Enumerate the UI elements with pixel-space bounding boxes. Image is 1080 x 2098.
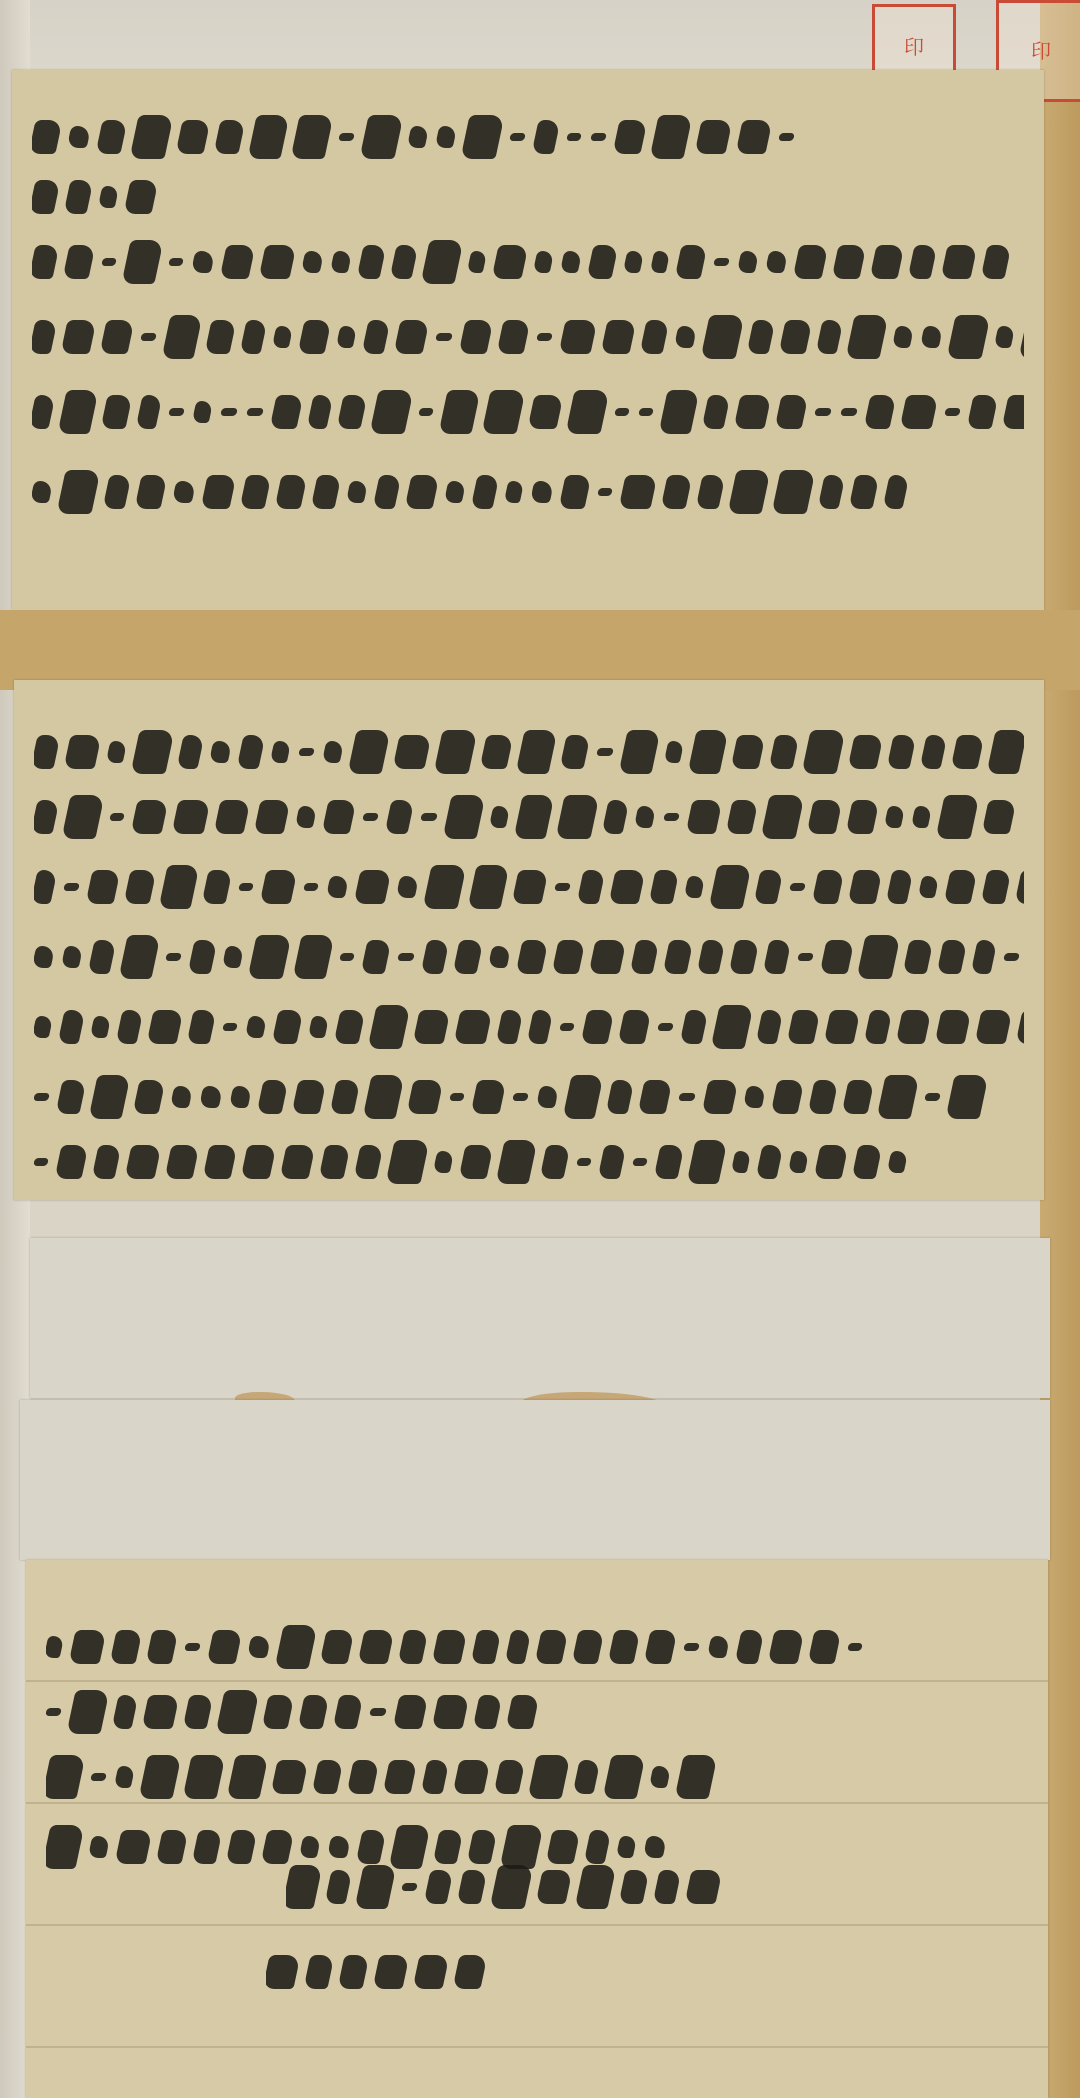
calligraphy-character (321, 800, 356, 834)
calligraphy-character (326, 876, 350, 898)
calligraphy-character (46, 1708, 62, 1716)
calligraphy-character (239, 475, 271, 509)
calligraphy-character (629, 940, 659, 974)
calligraphy-character (679, 1010, 708, 1044)
calligraphy-character (253, 800, 290, 834)
calligraphy-character (362, 1075, 404, 1119)
calligraphy-character (974, 1010, 1012, 1044)
text-line (32, 235, 1024, 289)
calligraphy-character (792, 245, 828, 279)
calligraphy-character (187, 940, 217, 974)
calligraphy-character (513, 795, 554, 839)
seal-glyph: 印 (1031, 40, 1051, 62)
calligraphy-character (608, 870, 645, 904)
calligraphy-character (534, 1630, 568, 1664)
calligraphy-character (34, 1016, 53, 1038)
calligraphy-character (106, 741, 128, 763)
calligraphy-character (762, 940, 791, 974)
calligraphy-character (945, 1075, 988, 1119)
text-line (34, 790, 1024, 844)
calligraphy-character (32, 245, 60, 279)
calligraphy-character (1014, 870, 1024, 904)
calligraphy-character (511, 870, 548, 904)
calligraphy-character (650, 251, 671, 273)
calligraphy-character (34, 1158, 49, 1166)
text-line (46, 1620, 1028, 1674)
calligraphy-character (62, 245, 95, 279)
calligraphy-character (919, 735, 947, 769)
calligraphy-character (423, 1870, 453, 1904)
calligraphy-character (472, 1695, 502, 1729)
calligraphy-character (175, 120, 210, 154)
calligraphy-character (32, 395, 56, 429)
calligraphy-character (209, 741, 233, 763)
calligraphy-character (129, 115, 173, 159)
calligraphy-character (470, 1630, 501, 1664)
calligraphy-character (396, 876, 420, 898)
calligraphy-character (632, 1158, 648, 1166)
calligraphy-character (700, 315, 744, 359)
calligraphy-character (141, 1695, 179, 1729)
calligraphy-character (806, 800, 842, 834)
calligraphy-character (353, 1145, 383, 1179)
calligraphy-character (558, 320, 597, 354)
calligraphy-character (505, 1695, 539, 1729)
calligraphy-character (536, 1086, 560, 1108)
calligraphy-character (695, 475, 725, 509)
calligraphy-character (319, 1630, 354, 1664)
calligraphy-character (123, 870, 156, 904)
calligraphy-character (404, 475, 439, 509)
calligraphy-character (164, 1145, 199, 1179)
calligraphy-character (236, 735, 265, 769)
calligraphy-character (291, 1080, 326, 1114)
calligraphy-character (489, 806, 511, 828)
calligraphy-character (458, 1145, 493, 1179)
text-line (46, 1750, 1028, 1804)
calligraphy-character (359, 115, 403, 159)
calligraphy-character (1015, 1010, 1024, 1044)
calligraphy-character (601, 800, 629, 834)
calligraphy-character (295, 806, 318, 828)
calligraphy-character (786, 1010, 820, 1044)
calligraphy-character (412, 1955, 449, 1989)
calligraphy-character (299, 1836, 322, 1858)
calligraphy-character (811, 870, 844, 904)
calligraphy-character (54, 1145, 88, 1179)
calligraphy-character (725, 800, 758, 834)
calligraphy-character (560, 251, 583, 273)
calligraphy-character (696, 940, 725, 974)
calligraphy-character (768, 735, 799, 769)
calligraphy-character (466, 1830, 497, 1864)
calligraphy-character (100, 395, 132, 429)
calligraphy-character (895, 1010, 931, 1044)
calligraphy-character (32, 120, 63, 154)
calligraphy-character (639, 320, 669, 354)
calligraphy-character (401, 1883, 418, 1891)
calligraphy-character (767, 1630, 804, 1664)
calligraphy-character (813, 1145, 848, 1179)
calligraphy-character (774, 395, 808, 429)
calligraphy-character (886, 735, 916, 769)
calligraphy-character (68, 1630, 106, 1664)
calligraphy-character (504, 481, 525, 503)
calligraphy-character (114, 1766, 136, 1788)
calligraphy-character (1003, 953, 1020, 961)
calligraphy-character (322, 741, 345, 763)
calligraphy-character (332, 1695, 363, 1729)
calligraphy-character (171, 800, 210, 834)
calligraphy-character (168, 258, 184, 266)
calligraphy-character (191, 251, 216, 273)
calligraphy-character (674, 326, 698, 348)
calligraphy-character (98, 186, 120, 208)
calligraphy-character (807, 1630, 841, 1664)
calligraphy-character (574, 1865, 616, 1909)
calligraphy-character (63, 180, 93, 214)
calligraphy-character (770, 1080, 804, 1114)
calligraphy-character (660, 475, 692, 509)
calligraphy-character (90, 1016, 112, 1038)
text-line (32, 170, 1024, 224)
calligraphy-character (491, 245, 528, 279)
calligraphy-character (406, 1080, 443, 1114)
calligraphy-character (362, 813, 379, 821)
calligraphy-character (566, 133, 582, 141)
manuscript-sheet-4 (26, 1560, 1048, 2098)
calligraphy-character (637, 1080, 672, 1114)
calligraphy-character (944, 408, 961, 416)
calligraphy-character (279, 1145, 315, 1179)
calligraphy-character (863, 395, 896, 429)
calligraphy-character (653, 1145, 684, 1179)
calligraphy-character (467, 251, 488, 273)
calligraphy-character (392, 735, 431, 769)
calligraphy-character (34, 1093, 50, 1101)
calligraphy-character (634, 806, 657, 828)
calligraphy-character (433, 730, 477, 774)
calligraphy-character (527, 1755, 570, 1799)
calligraphy-character (155, 1830, 188, 1864)
calligraphy-character (46, 1755, 86, 1799)
calligraphy-character (245, 1016, 268, 1038)
calligraphy-character (87, 940, 116, 974)
signature-line (266, 1945, 1028, 1999)
calligraphy-character (199, 1086, 224, 1108)
calligraphy-character (515, 940, 548, 974)
blank-sheet (30, 1238, 1050, 1398)
calligraphy-character (801, 730, 845, 774)
calligraphy-character (648, 870, 679, 904)
calligraphy-character (882, 475, 909, 509)
calligraphy-character (418, 408, 434, 416)
calligraphy-character (565, 390, 609, 434)
calligraphy-character (311, 1760, 343, 1794)
calligraphy-character (876, 1075, 919, 1119)
calligraphy-character (515, 730, 557, 774)
calligraphy-character (559, 735, 590, 769)
calligraphy-character (531, 120, 560, 154)
calligraphy-character (220, 408, 238, 416)
calligraphy-character (67, 126, 92, 148)
calligraphy-character (823, 1010, 860, 1044)
calligraphy-character (303, 883, 319, 891)
calligraphy-character (274, 1625, 317, 1669)
calligraphy-character (269, 395, 303, 429)
calligraphy-character (576, 1158, 592, 1166)
text-line (34, 930, 1024, 984)
calligraphy-character (943, 870, 977, 904)
calligraphy-character (479, 735, 513, 769)
calligraphy-character (346, 481, 369, 503)
calligraphy-character (753, 870, 783, 904)
calligraphy-character (339, 953, 355, 961)
calligraphy-character (336, 395, 367, 429)
calligraphy-character (172, 481, 197, 503)
calligraphy-character (422, 865, 466, 909)
calligraphy-character (88, 1836, 111, 1858)
calligraphy-character (449, 1093, 465, 1101)
calligraphy-character (135, 395, 162, 429)
calligraphy-character (755, 1010, 783, 1044)
calligraphy-character (797, 953, 814, 961)
calligraphy-character (389, 245, 418, 279)
text-line (32, 385, 1024, 439)
calligraphy-character (367, 1005, 410, 1049)
calligraphy-character (527, 395, 563, 429)
calligraphy-character (452, 1760, 490, 1794)
text-line (32, 110, 1024, 164)
calligraphy-character (85, 870, 120, 904)
calligraphy-character (597, 488, 613, 496)
text-line (34, 1135, 1024, 1189)
calligraphy-character (222, 946, 245, 968)
calligraphy-character (431, 1630, 467, 1664)
calligraphy-character (583, 1830, 611, 1864)
calligraphy-character (270, 741, 292, 763)
calligraphy-character (57, 390, 98, 434)
calligraphy-character (453, 1010, 492, 1044)
calligraphy-character (460, 115, 504, 159)
calligraphy-character (735, 120, 772, 154)
calligraphy-character (638, 408, 654, 416)
calligraphy-character (442, 795, 485, 839)
calligraphy-character (940, 245, 977, 279)
calligraphy-character (590, 133, 607, 141)
calligraphy-character (303, 1955, 334, 1989)
calligraphy-character (643, 1630, 677, 1664)
calligraphy-character (330, 251, 353, 273)
calligraphy-character (102, 475, 131, 509)
calligraphy-character (727, 470, 770, 514)
calligraphy-character (46, 1825, 85, 1869)
calligraphy-character (708, 865, 751, 909)
calligraphy-character (496, 320, 530, 354)
calligraphy-character (981, 800, 1016, 834)
calligraphy-character (600, 320, 636, 354)
calligraphy-character (239, 320, 267, 354)
calligraphy-character (353, 870, 391, 904)
calligraphy-character (186, 1010, 216, 1044)
calligraphy-character (980, 870, 1011, 904)
calligraphy-character (176, 735, 204, 769)
calligraphy-character (554, 883, 571, 891)
calligraphy-character (286, 1865, 323, 1909)
calligraphy-character (674, 245, 707, 279)
calligraphy-character (848, 475, 879, 509)
calligraphy-character (226, 1755, 268, 1799)
calligraphy-character (728, 940, 759, 974)
calligraphy-character (63, 735, 101, 769)
calligraphy-character (259, 870, 297, 904)
calligraphy-character (662, 940, 693, 974)
calligraphy-character (847, 735, 883, 769)
calligraphy-character (306, 395, 333, 429)
calligraphy-character (372, 475, 401, 509)
calligraphy-character (845, 315, 888, 359)
calligraphy-character (32, 180, 61, 214)
calligraphy-character (298, 748, 315, 756)
calligraphy-character (201, 870, 232, 904)
calligraphy-character (551, 940, 585, 974)
calligraphy-character (385, 1140, 429, 1184)
calligraphy-character (765, 251, 789, 273)
calligraphy-character (369, 1708, 387, 1716)
calligraphy-character (946, 315, 990, 359)
calligraphy-character (614, 408, 630, 416)
calligraphy-character (420, 940, 449, 974)
calligraphy-character (337, 1955, 369, 1989)
text-line (34, 1070, 1024, 1124)
calligraphy-character (649, 1766, 672, 1788)
calligraphy-character (572, 1760, 600, 1794)
calligraphy-character (184, 1643, 201, 1651)
calligraphy-character (907, 245, 937, 279)
calligraphy-character (920, 326, 944, 348)
calligraphy-character (950, 735, 984, 769)
calligraphy-character (840, 408, 858, 416)
calligraphy-character (161, 315, 202, 359)
calligraphy-character (271, 1010, 303, 1044)
calligraphy-character (994, 326, 1016, 348)
calligraphy-character (297, 1695, 329, 1729)
text-line (34, 725, 1024, 779)
calligraphy-character (109, 813, 125, 821)
calligraphy-character (710, 1005, 753, 1049)
calligraphy-character (664, 741, 685, 763)
calligraphy-character (32, 320, 58, 354)
calligraphy-character (99, 320, 134, 354)
calligraphy-character (815, 320, 843, 354)
calligraphy-character (467, 865, 509, 909)
calligraphy-character (301, 251, 325, 273)
calligraphy-character (817, 475, 845, 509)
calligraphy-character (432, 1830, 463, 1864)
calligraphy-character (760, 795, 804, 839)
calligraphy-character (384, 800, 414, 834)
blank-sheet-lower (20, 1400, 1050, 1560)
calligraphy-character (204, 320, 236, 354)
calligraphy-character (310, 475, 341, 509)
calligraphy-character (746, 320, 775, 354)
calligraphy-character (63, 883, 80, 891)
calligraphy-character (674, 1755, 717, 1799)
calligraphy-character (420, 813, 438, 821)
calligraphy-character (789, 883, 806, 891)
calligraphy-character (382, 1760, 417, 1794)
calligraphy-character (495, 1140, 537, 1184)
calligraphy-character (132, 1080, 165, 1114)
calligraphy-character (61, 946, 84, 968)
seal-glyph: 印 (904, 36, 924, 58)
calligraphy-character (616, 1836, 638, 1858)
calligraphy-character (260, 1830, 294, 1864)
calligraphy-character (819, 940, 854, 974)
calligraphy-character (607, 1630, 640, 1664)
calligraphy-character (489, 1865, 533, 1909)
calligraphy-character (420, 240, 463, 284)
calligraphy-character (686, 1140, 727, 1184)
calligraphy-character (684, 876, 706, 898)
calligraphy-character (34, 800, 60, 834)
calligraphy-character (109, 1630, 142, 1664)
calligraphy-character (617, 1010, 651, 1044)
calligraphy-character (778, 320, 812, 354)
calligraphy-character (145, 1630, 178, 1664)
calligraphy-character (504, 1630, 531, 1664)
calligraphy-character (683, 1643, 700, 1651)
calligraphy-character (986, 730, 1024, 774)
calligraphy-character (123, 180, 158, 214)
calligraphy-character (649, 115, 692, 159)
calligraphy-character (34, 870, 58, 904)
calligraphy-character (526, 1010, 553, 1044)
calligraphy-character (618, 1870, 649, 1904)
calligraphy-character (493, 1760, 525, 1794)
calligraphy-character (495, 1010, 523, 1044)
calligraphy-character (558, 475, 591, 509)
calligraphy-character (308, 1016, 330, 1038)
calligraphy-character (34, 735, 61, 769)
calligraphy-character (707, 1636, 731, 1658)
calligraphy-character (407, 126, 430, 148)
calligraphy-character (918, 876, 940, 898)
calligraphy-character (361, 320, 390, 354)
calligraphy-character (213, 120, 245, 154)
calligraphy-character (755, 1145, 783, 1179)
calligraphy-character (240, 1145, 276, 1179)
calligraphy-character (369, 390, 413, 434)
calligraphy-character (118, 935, 160, 979)
calligraphy-character (831, 245, 866, 279)
manuscript-sheet-1 (12, 70, 1044, 610)
calligraphy-character (182, 1755, 225, 1799)
calligraphy-character (238, 883, 254, 891)
calligraphy-character (101, 258, 117, 266)
calligraphy-character (576, 870, 605, 904)
calligraphy-character (545, 1830, 580, 1864)
calligraphy-character (924, 1093, 941, 1101)
calligraphy-character (266, 1955, 301, 1989)
calligraphy-character (329, 1080, 360, 1114)
calligraphy-character (685, 800, 722, 834)
repair-tape-band (0, 610, 1080, 690)
calligraphy-character (934, 1010, 971, 1044)
calligraphy-character (970, 940, 997, 974)
calligraphy-character (32, 481, 53, 503)
calligraphy-character (431, 1695, 469, 1729)
